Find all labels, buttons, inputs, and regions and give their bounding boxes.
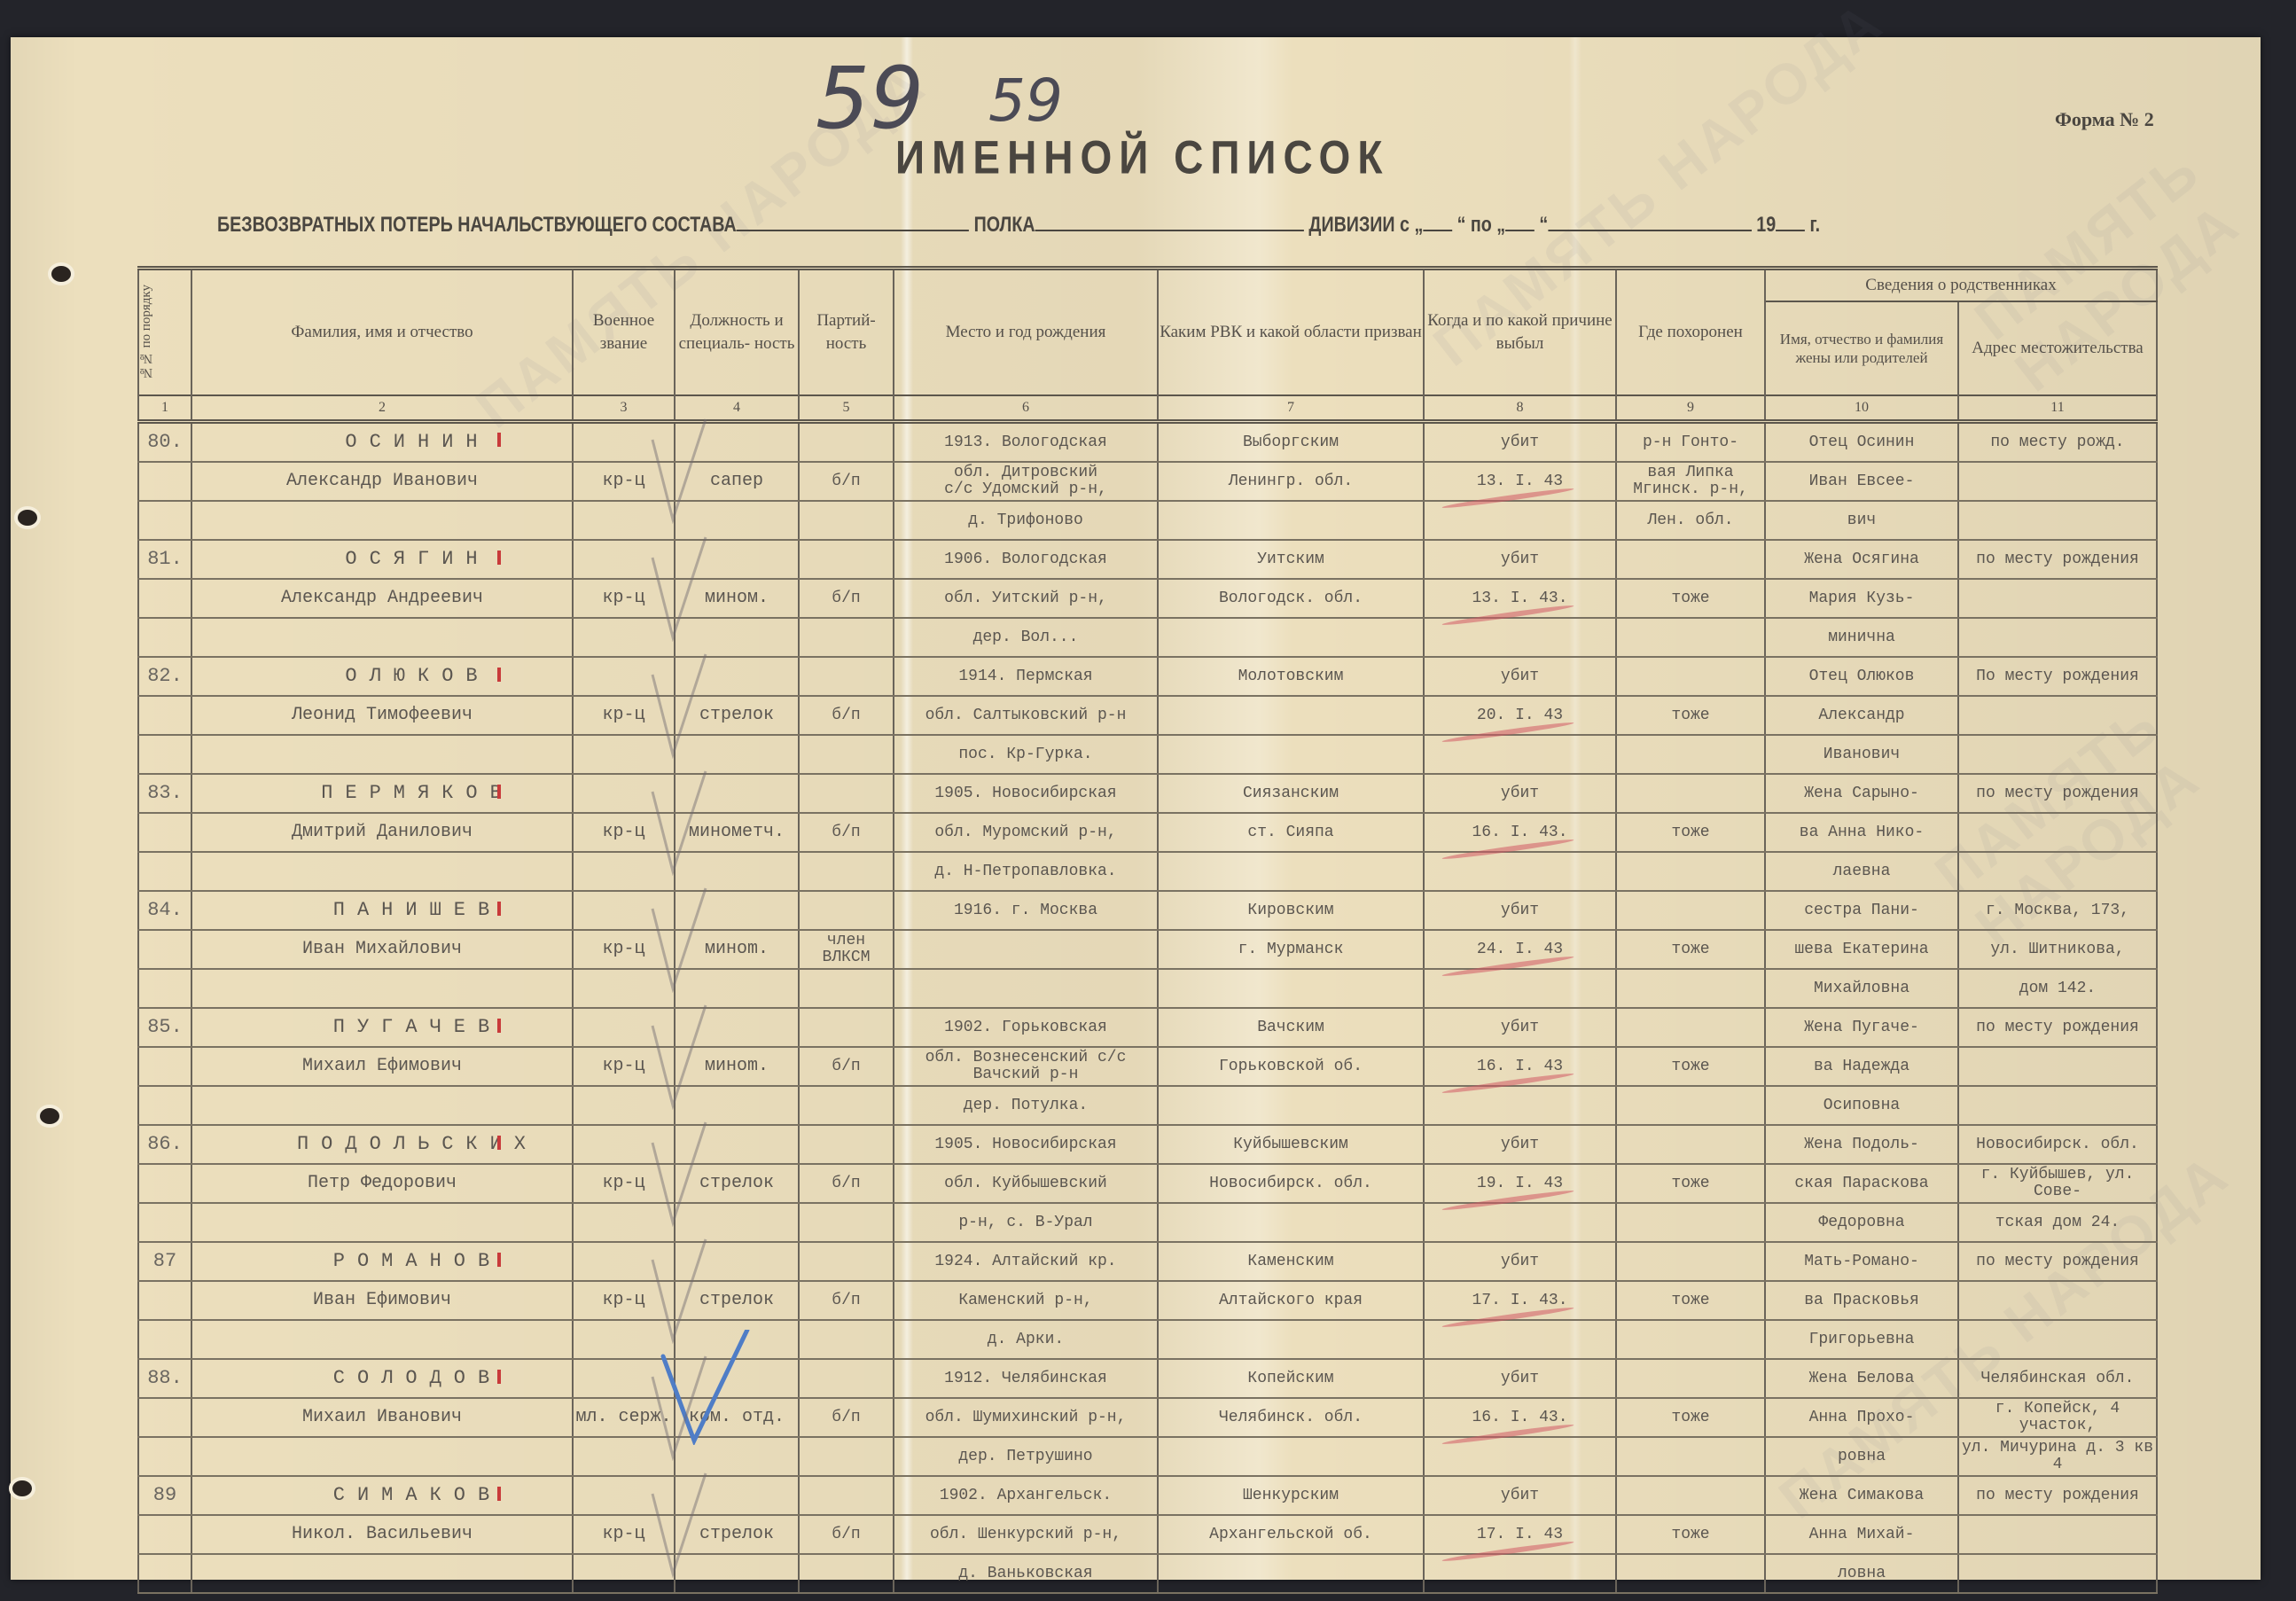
- birth-line: дер. Петрушино: [894, 1449, 1157, 1465]
- rvk-line: Шенкурским: [1159, 1488, 1423, 1504]
- subtitle-g: г.: [1809, 213, 1820, 237]
- when-line: 17. I. 43.: [1425, 1293, 1615, 1309]
- row-number: 86.: [138, 1125, 191, 1164]
- header-relative-name: Имя, отчество и фамилия жены или родител…: [1765, 301, 1958, 395]
- cell-address: По месту рождения: [1958, 657, 2157, 696]
- given-name: [191, 969, 573, 1008]
- cell-rvk: [1158, 1203, 1424, 1242]
- cell-address: Новосибирск. обл.: [1958, 1125, 2157, 1164]
- birth-line: обл. Куйбышевский: [894, 1175, 1157, 1192]
- pencil-check-icon: [648, 418, 710, 524]
- row-number: [138, 1554, 191, 1593]
- row-number: [138, 1281, 191, 1320]
- relative-line: Михайловна: [1766, 980, 1957, 997]
- cell-relative: Анна Прохо-: [1765, 1398, 1958, 1437]
- relative-line: Анна Михай-: [1766, 1527, 1957, 1543]
- party: [799, 1008, 894, 1047]
- party: [799, 1359, 894, 1398]
- buried-line: р-н Гонто-: [1617, 434, 1764, 451]
- header-rvk: Каким РВК и какой области призван: [1158, 269, 1424, 396]
- pencil-check-icon: [648, 886, 710, 993]
- relative-line: Отец Олюков: [1766, 668, 1957, 685]
- rvk-line: Вологодск. обл.: [1159, 590, 1423, 607]
- rvk-line: Уитским: [1159, 551, 1423, 568]
- cell-relative: ва Прасковья: [1765, 1281, 1958, 1320]
- party: б/п: [799, 813, 894, 852]
- header-relatives: Сведения о родственниках: [1765, 269, 2157, 302]
- cell-address: ул. Шитникова,: [1958, 930, 2157, 969]
- relative-line: Мать-Романо-: [1766, 1253, 1957, 1270]
- cell-rvk: Копейским: [1158, 1359, 1424, 1398]
- buried-line: тоже: [1617, 824, 1764, 841]
- party: [799, 1242, 894, 1281]
- rvk-line: Куйбышевским: [1159, 1136, 1423, 1153]
- birth-line: с/с Удомский р-н,: [894, 481, 1157, 498]
- cell-relative: Жена Белова: [1765, 1359, 1958, 1398]
- table-row: Иван Михайловичкр-цминоm.член ВЛКСМг. Му…: [138, 930, 2157, 969]
- relative-line: Мария Кузь-: [1766, 590, 1957, 607]
- birth-line: обл. Вознесенский с/с: [894, 1050, 1157, 1066]
- birth-line: дер. Вол...: [894, 629, 1157, 646]
- rvk-line: Каменским: [1159, 1253, 1423, 1270]
- birth-line: 1905. Новосибирская: [894, 1136, 1157, 1153]
- red-tick-mark: [497, 1370, 501, 1384]
- cell-buried: тоже: [1616, 1047, 1765, 1086]
- buried-line: тоже: [1617, 1058, 1764, 1075]
- party: [799, 618, 894, 657]
- cell-when: убит: [1424, 774, 1616, 813]
- row-number: 83.: [138, 774, 191, 813]
- row-number: 84.: [138, 891, 191, 930]
- cell-birth: обл. Муромский р-н,: [894, 813, 1158, 852]
- cell-address: [1958, 462, 2157, 501]
- row-number: [138, 1437, 191, 1476]
- subtitle-line: БЕЗВОЗВРАТНЫХ ПОТЕРЬ НАЧАЛЬСТВУЮЩЕГО СОС…: [217, 213, 1820, 238]
- cell-relative: Мария Кузь-: [1765, 579, 1958, 618]
- relative-line: Жена Подоль-: [1766, 1136, 1957, 1153]
- party: б/п: [799, 1398, 894, 1437]
- table-row: Леонид Тимофеевичкр-цстрелокб/побл. Салт…: [138, 696, 2157, 735]
- cell-relative: лаевна: [1765, 852, 1958, 891]
- cell-when: убит: [1424, 1359, 1616, 1398]
- cell-address: г. Куйбышев, ул. Сове-: [1958, 1164, 2157, 1203]
- table-row: Михайловнадом 142.: [138, 969, 2157, 1008]
- given-name: [191, 852, 573, 891]
- given-name: [191, 618, 573, 657]
- rvk-line: Архангельской об.: [1159, 1527, 1423, 1543]
- birth-line: д. Трифоново: [894, 512, 1157, 529]
- cell-birth: 1916. г. Москва: [894, 891, 1158, 930]
- blank-field: [1505, 214, 1535, 231]
- cell-relative: ва Надежда: [1765, 1047, 1958, 1086]
- row-number: [138, 1086, 191, 1125]
- address-line: по месту рождения: [1959, 1253, 2156, 1270]
- relative-line: ровна: [1766, 1449, 1957, 1465]
- cell-birth: 1914. Пермская: [894, 657, 1158, 696]
- table-row: д. ТрифоновоЛен. обл.вич: [138, 501, 2157, 540]
- party: б/п: [799, 462, 894, 501]
- column-number: 10: [1765, 395, 1958, 422]
- birth-line: обл. Уитский р-н,: [894, 590, 1157, 607]
- cell-address: по месту рождения: [1958, 1008, 2157, 1047]
- surname: ПАНИШЕВ: [191, 891, 573, 930]
- party: [799, 1125, 894, 1164]
- row-number: [138, 1047, 191, 1086]
- cell-rvk: Ленингр. обл.: [1158, 462, 1424, 501]
- header-when: Когда и по какой причине выбыл: [1424, 269, 1616, 396]
- subtitle-division: ДИВИЗИИ с „: [1308, 213, 1423, 237]
- cell-birth: 1912. Челябинская: [894, 1359, 1158, 1398]
- cell-buried: [1616, 969, 1765, 1008]
- surname: ПЕРМЯКОВ: [191, 774, 573, 813]
- cell-relative: ва Анна Нико-: [1765, 813, 1958, 852]
- table-row: пос. Кр-Гурка.Иванович: [138, 735, 2157, 774]
- cell-address: г. Москва, 173,: [1958, 891, 2157, 930]
- address-line: по месту рождения: [1959, 1488, 2156, 1504]
- row-number: 80.: [138, 422, 191, 463]
- cell-address: дом 142.: [1958, 969, 2157, 1008]
- birth-line: 1913. Вологодская: [894, 434, 1157, 451]
- cell-address: г. Копейск, 4 участок,: [1958, 1398, 2157, 1437]
- column-number: 1: [138, 395, 191, 422]
- party: [799, 501, 894, 540]
- row-number: [138, 1320, 191, 1359]
- cell-birth: обл. Куйбышевский: [894, 1164, 1158, 1203]
- cell-buried: вая ЛипкаМгинск. р-н,: [1616, 462, 1765, 501]
- buried-line: Лен. обл.: [1617, 512, 1764, 529]
- relative-line: Иванович: [1766, 746, 1957, 763]
- losses-table: №№ по порядку Фамилия, имя и отчество Во…: [137, 266, 2158, 1594]
- address-line: Новосибирск. обл.: [1959, 1136, 2156, 1153]
- cell-rvk: [1158, 501, 1424, 540]
- buried-line: тоже: [1617, 1175, 1764, 1192]
- cell-address: тская дом 24.: [1958, 1203, 2157, 1242]
- row-number: [138, 1515, 191, 1554]
- party: б/п: [799, 1281, 894, 1320]
- party: б/п: [799, 696, 894, 735]
- relative-line: Жена Сарыно-: [1766, 785, 1957, 802]
- cell-address: [1958, 618, 2157, 657]
- when-line: убит: [1425, 434, 1615, 451]
- cell-birth: обл. Шенкурский р-н,: [894, 1515, 1158, 1554]
- when-line: 19. I. 43: [1425, 1175, 1615, 1192]
- when-line: убит: [1425, 1488, 1615, 1504]
- cell-when: убит: [1424, 891, 1616, 930]
- relative-line: сестра Пани-: [1766, 902, 1957, 919]
- birth-line: д. Арки.: [894, 1332, 1157, 1348]
- cell-rvk: [1158, 1437, 1424, 1476]
- table-row: 88.СОЛОДОВ1912. ЧелябинскаяКопейскимубит…: [138, 1359, 2157, 1398]
- address-line: по месту рождения: [1959, 1019, 2156, 1036]
- red-tick-mark: [497, 1487, 501, 1501]
- address-line: г. Копейск, 4 участок,: [1959, 1401, 2156, 1434]
- rvk-line: Новосибирск. обл.: [1159, 1175, 1423, 1192]
- cell-when: убит: [1424, 1476, 1616, 1515]
- table-row: Александр Ивановичкр-цсаперб/побл. Дитро…: [138, 462, 2157, 501]
- when-line: 16. I. 43.: [1425, 824, 1615, 841]
- when-line: убит: [1425, 785, 1615, 802]
- cell-address: [1958, 1086, 2157, 1125]
- cell-rvk: Архангельской об.: [1158, 1515, 1424, 1554]
- cell-relative: минична: [1765, 618, 1958, 657]
- cell-address: [1958, 1047, 2157, 1086]
- buried-line: тоже: [1617, 1410, 1764, 1426]
- cell-address: Челябинская обл.: [1958, 1359, 2157, 1398]
- cell-rvk: [1158, 696, 1424, 735]
- relative-line: Александр: [1766, 707, 1957, 724]
- rvk-line: ст. Сияпа: [1159, 824, 1423, 841]
- when-line: 20. I. 43: [1425, 707, 1615, 724]
- surname: ПОДОЛЬСКИХ: [191, 1125, 573, 1164]
- birth-line: Каменский р-н,: [894, 1293, 1157, 1309]
- birth-line: 1902. Архангельск.: [894, 1488, 1157, 1504]
- cell-rvk: Алтайского края: [1158, 1281, 1424, 1320]
- cell-when: убит: [1424, 1008, 1616, 1047]
- cell-relative: сестра Пани-: [1765, 891, 1958, 930]
- party: [799, 1320, 894, 1359]
- cell-buried: [1616, 1242, 1765, 1281]
- pencil-check-icon: [648, 1238, 710, 1344]
- blank-field: [737, 214, 969, 231]
- party: [799, 735, 894, 774]
- cell-buried: тоже: [1616, 1515, 1765, 1554]
- cell-birth: дер. Потулка.: [894, 1086, 1158, 1125]
- address-line: тская дом 24.: [1959, 1214, 2156, 1231]
- address-line: г. Куйбышев, ул. Сове-: [1959, 1167, 2156, 1200]
- punch-hole: [18, 510, 37, 526]
- table-row: дер. Потулка.Осиповна: [138, 1086, 2157, 1125]
- cell-when: убит: [1424, 1242, 1616, 1281]
- row-number: [138, 852, 191, 891]
- relative-line: Григорьевна: [1766, 1332, 1957, 1348]
- cell-birth: обл. Шумихинский р-н,: [894, 1398, 1158, 1437]
- cell-rvk: [1158, 1086, 1424, 1125]
- given-name: Михаил Иванович: [191, 1398, 573, 1437]
- buried-line: Мгинск. р-н,: [1617, 481, 1764, 498]
- cell-relative: вич: [1765, 501, 1958, 540]
- cell-rvk: Куйбышевским: [1158, 1125, 1424, 1164]
- cell-birth: 1906. Вологодская: [894, 540, 1158, 579]
- cell-rvk: [1158, 1554, 1424, 1593]
- relative-line: Федоровна: [1766, 1214, 1957, 1231]
- rvk-line: Алтайского края: [1159, 1293, 1423, 1309]
- party: [799, 1476, 894, 1515]
- relative-line: Жена Осягина: [1766, 551, 1957, 568]
- subtitle-regiment: ПОЛКА: [974, 213, 1035, 237]
- relative-line: Отец Осинин: [1766, 434, 1957, 451]
- cell-address: [1958, 1515, 2157, 1554]
- red-tick-mark: [497, 668, 501, 682]
- cell-relative: Жена Подоль-: [1765, 1125, 1958, 1164]
- surname: ПУГАЧЕВ: [191, 1008, 573, 1047]
- cell-buried: р-н Гонто-: [1616, 422, 1765, 463]
- red-tick-mark: [497, 551, 501, 565]
- handwritten-number: 59: [988, 66, 1063, 135]
- cell-address: по месту рождения: [1958, 1476, 2157, 1515]
- cell-buried: [1616, 1008, 1765, 1047]
- cell-buried: [1616, 852, 1765, 891]
- party: член ВЛКСМ: [799, 930, 894, 969]
- pencil-check-icon: [648, 652, 710, 759]
- row-number: 89: [138, 1476, 191, 1515]
- cell-birth: Каменский р-н,: [894, 1281, 1158, 1320]
- birth-line: обл. Муромский р-н,: [894, 824, 1157, 841]
- table-row: Александр Андреевичкр-цмином.б/побл. Уит…: [138, 579, 2157, 618]
- cell-buried: [1616, 1476, 1765, 1515]
- table-row: 87РОМАНОВ1924. Алтайский кр.Каменскимуби…: [138, 1242, 2157, 1281]
- cell-buried: [1616, 1125, 1765, 1164]
- table-row: Петр Федоровичкр-цстрелокб/побл. Куйбыше…: [138, 1164, 2157, 1203]
- blank-field: [1548, 214, 1752, 231]
- cell-birth: д. Трифоново: [894, 501, 1158, 540]
- surname: ОЛЮКОВ: [191, 657, 573, 696]
- party: [799, 657, 894, 696]
- party: [799, 1437, 894, 1476]
- cell-rvk: Каменским: [1158, 1242, 1424, 1281]
- cell-birth: обл. Вознесенский с/сВачский р-н: [894, 1047, 1158, 1086]
- cell-address: по месту рождения: [1958, 1242, 2157, 1281]
- rvk-line: г. Мурманск: [1159, 941, 1423, 958]
- cell-rvk: Горьковской об.: [1158, 1047, 1424, 1086]
- cell-buried: тоже: [1616, 579, 1765, 618]
- cell-buried: [1616, 618, 1765, 657]
- row-number: [138, 618, 191, 657]
- cell-when: убит: [1424, 540, 1616, 579]
- header-number-text: №№ по порядку: [139, 285, 153, 379]
- rvk-line: Ленингр. обл.: [1159, 473, 1423, 490]
- row-number: 87: [138, 1242, 191, 1281]
- row-number: [138, 462, 191, 501]
- subtitle-losses: БЕЗВОЗВРАТНЫХ ПОТЕРЬ НАЧАЛЬСТВУЮЩЕГО СОС…: [217, 213, 737, 237]
- given-name: [191, 1203, 573, 1242]
- pencil-check-icon: [648, 1121, 710, 1227]
- given-name: [191, 1554, 573, 1593]
- given-name: Дмитрий Данилович: [191, 813, 573, 852]
- blank-field: [1776, 214, 1805, 231]
- birth-line: обл. Салтыковский р-н: [894, 707, 1157, 724]
- cell-relative: Михайловна: [1765, 969, 1958, 1008]
- subtitle-year: 19: [1756, 213, 1776, 237]
- surname: СИМАКОВ: [191, 1476, 573, 1515]
- red-tick-mark: [497, 433, 501, 447]
- cell-buried: [1616, 540, 1765, 579]
- party: [799, 891, 894, 930]
- red-tick-mark: [497, 902, 501, 916]
- cell-birth: дер. Петрушино: [894, 1437, 1158, 1476]
- cell-relative: ровна: [1765, 1437, 1958, 1476]
- address-line: г. Москва, 173,: [1959, 902, 2156, 919]
- relative-line: минична: [1766, 629, 1957, 646]
- row-number: [138, 735, 191, 774]
- when-line: убит: [1425, 1253, 1615, 1270]
- given-name: [191, 1437, 573, 1476]
- header-address: Адрес местожительства: [1958, 301, 2157, 395]
- cell-relative: Жена Сарыно-: [1765, 774, 1958, 813]
- party: [799, 969, 894, 1008]
- cell-rvk: Кировским: [1158, 891, 1424, 930]
- surname: ОСЯГИН: [191, 540, 573, 579]
- given-name: Александр Андреевич: [191, 579, 573, 618]
- given-name: Леонид Тимофеевич: [191, 696, 573, 735]
- given-name: Иван Михайлович: [191, 930, 573, 969]
- party: б/п: [799, 1164, 894, 1203]
- cell-buried: [1616, 774, 1765, 813]
- address-line: ул. Шитникова,: [1959, 941, 2156, 958]
- cell-buried: Лен. обл.: [1616, 501, 1765, 540]
- when-line: 16. I. 43: [1425, 1058, 1615, 1075]
- cell-birth: обл. Уитский р-н,: [894, 579, 1158, 618]
- buried-line: тоже: [1617, 707, 1764, 724]
- cell-rvk: [1158, 735, 1424, 774]
- relative-line: шева Екатерина: [1766, 941, 1957, 958]
- header-birth: Место и год рождения: [894, 269, 1158, 396]
- cell-address: по месту рожд.: [1958, 422, 2157, 463]
- given-name: [191, 1086, 573, 1125]
- cell-buried: [1616, 1320, 1765, 1359]
- cell-relative: Александр: [1765, 696, 1958, 735]
- given-name: Петр Федорович: [191, 1164, 573, 1203]
- rvk-line: Горьковской об.: [1159, 1058, 1423, 1075]
- given-name: [191, 735, 573, 774]
- cell-address: [1958, 501, 2157, 540]
- cell-relative: шева Екатерина: [1765, 930, 1958, 969]
- cell-address: [1958, 852, 2157, 891]
- column-number: 5: [799, 395, 894, 422]
- cell-relative: Федоровна: [1765, 1203, 1958, 1242]
- cell-birth: 1913. Вологодская: [894, 422, 1158, 463]
- cell-relative: ская Параскова: [1765, 1164, 1958, 1203]
- column-number: 6: [894, 395, 1158, 422]
- cell-when: убит: [1424, 1125, 1616, 1164]
- address-line: Челябинская обл.: [1959, 1371, 2156, 1387]
- birth-line: дер. Потулка.: [894, 1097, 1157, 1114]
- row-number: [138, 501, 191, 540]
- birth-line: обл. Дитровский: [894, 465, 1157, 481]
- birth-line: р-н, с. В-Урал: [894, 1214, 1157, 1231]
- relative-line: ловна: [1766, 1566, 1957, 1582]
- relative-line: Осиповна: [1766, 1097, 1957, 1114]
- buried-line: тоже: [1617, 590, 1764, 607]
- cell-when: убит: [1424, 422, 1616, 463]
- table-row: 86.ПОДОЛЬСКИХ1905. НовосибирскаяКуйбышев…: [138, 1125, 2157, 1164]
- cell-birth: пос. Кр-Гурка.: [894, 735, 1158, 774]
- row-number: [138, 1164, 191, 1203]
- subtitle-to: “ по „: [1457, 213, 1506, 237]
- cell-buried: [1616, 657, 1765, 696]
- punch-hole: [12, 1480, 32, 1496]
- table-row: 83.ПЕРМЯКОВ1905. НовосибирскаяСиязанским…: [138, 774, 2157, 813]
- buried-line: тоже: [1617, 1293, 1764, 1309]
- pencil-check-icon: [648, 535, 710, 642]
- given-name: Иван Ефимович: [191, 1281, 573, 1320]
- red-tick-mark: [497, 785, 501, 799]
- cell-relative: Григорьевна: [1765, 1320, 1958, 1359]
- header-number: №№ по порядку: [138, 269, 191, 396]
- table-row: д. Ваньковскаяловна: [138, 1554, 2157, 1593]
- rvk-line: Челябинск. обл.: [1159, 1410, 1423, 1426]
- blank-field: [1035, 214, 1304, 231]
- subtitle-quote: “: [1539, 213, 1548, 237]
- table-row: 85.ПУГАЧЕВ1902. ГорьковскаяВачскимубитЖе…: [138, 1008, 2157, 1047]
- cell-rvk: Новосибирск. обл.: [1158, 1164, 1424, 1203]
- cell-buried: [1616, 1086, 1765, 1125]
- red-tick-mark: [497, 1136, 501, 1150]
- cell-birth: д. Арки.: [894, 1320, 1158, 1359]
- party: б/п: [799, 1047, 894, 1086]
- relative-line: ва Анна Нико-: [1766, 824, 1957, 841]
- header-position: Должность и специаль- ность: [675, 269, 799, 396]
- when-line: 17. I. 43: [1425, 1527, 1615, 1543]
